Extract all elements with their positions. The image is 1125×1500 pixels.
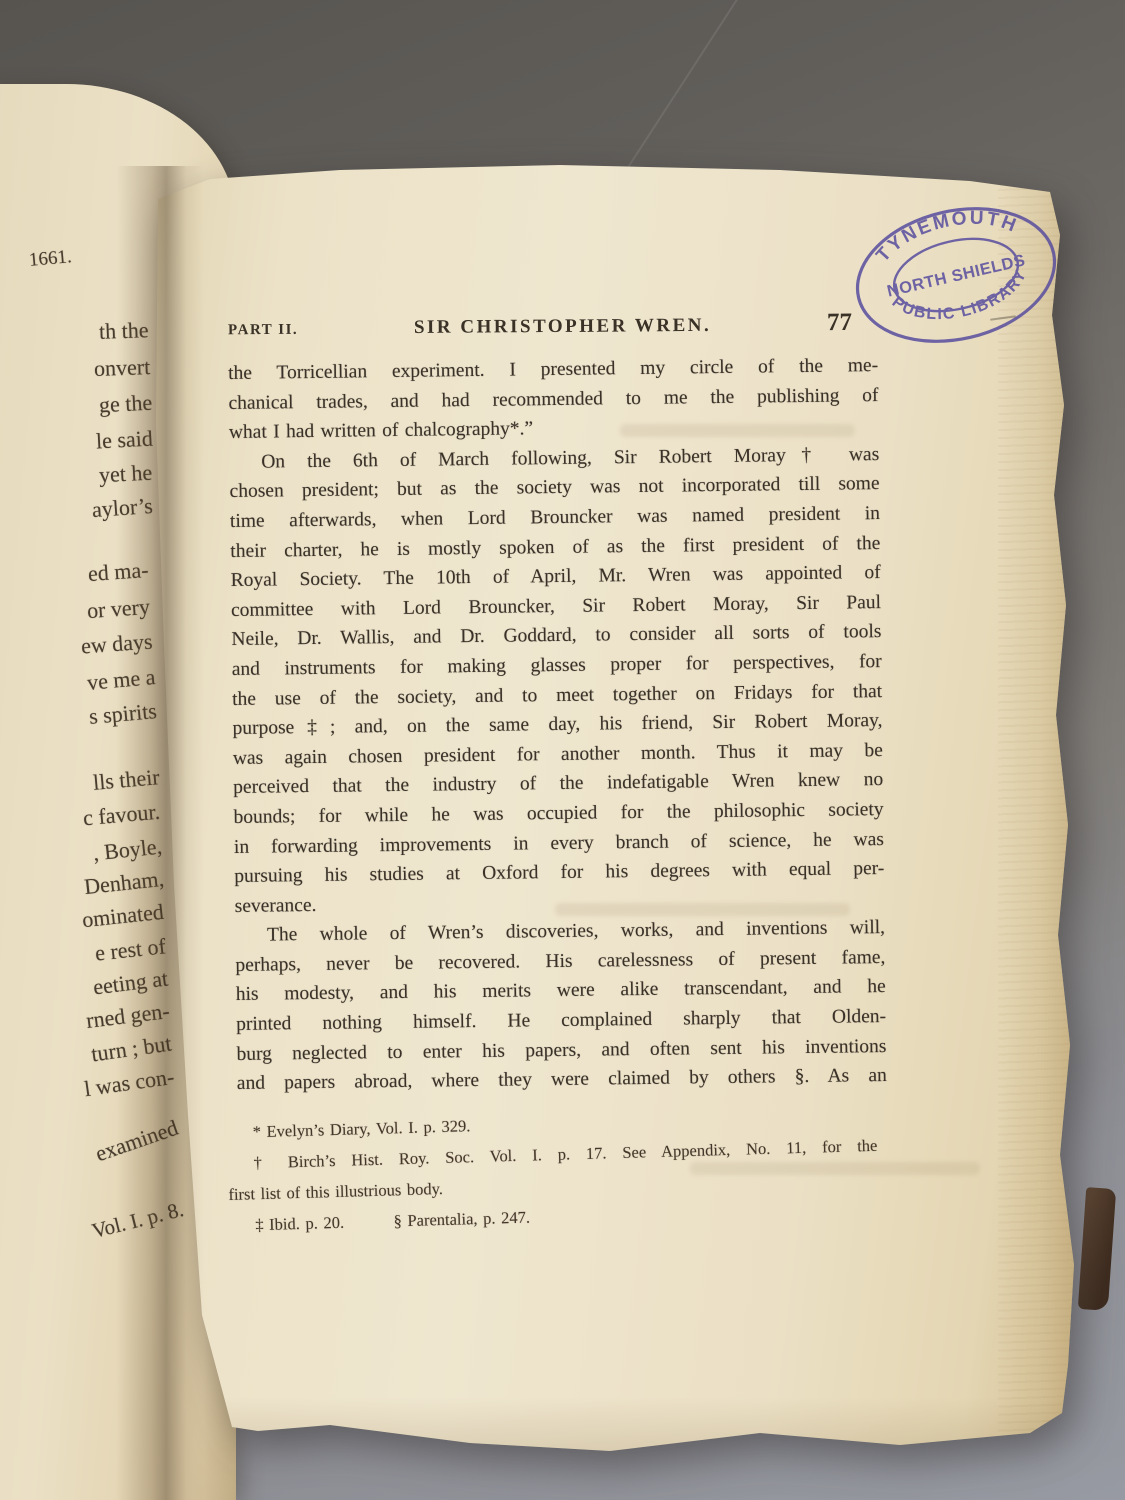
gutter-crease (116, 166, 204, 1500)
bleed-through-smudge (690, 1162, 980, 1175)
main-page: PART II. SIR CHRISTOPHER WREN. 77 the To… (140, 165, 1090, 1457)
page-header: PART II. SIR CHRISTOPHER WREN. 77 (228, 309, 878, 342)
page-bottom-shade (140, 1397, 1090, 1457)
leather-cover-sliver (1078, 1187, 1116, 1311)
part-label: PART II. (228, 322, 298, 339)
bleed-through-smudge (555, 903, 850, 916)
deckle-edge (998, 165, 1090, 1457)
body-text: the Torricellian experiment. I presented… (228, 351, 887, 1099)
running-title: SIR CHRISTOPHER WREN. (298, 314, 827, 340)
left-page-fragment: 1661. (28, 246, 73, 272)
bleed-through-smudge (620, 424, 855, 437)
photo-of-open-book: 1661.th theonvertge thele saidyet heaylo… (0, 0, 1125, 1500)
